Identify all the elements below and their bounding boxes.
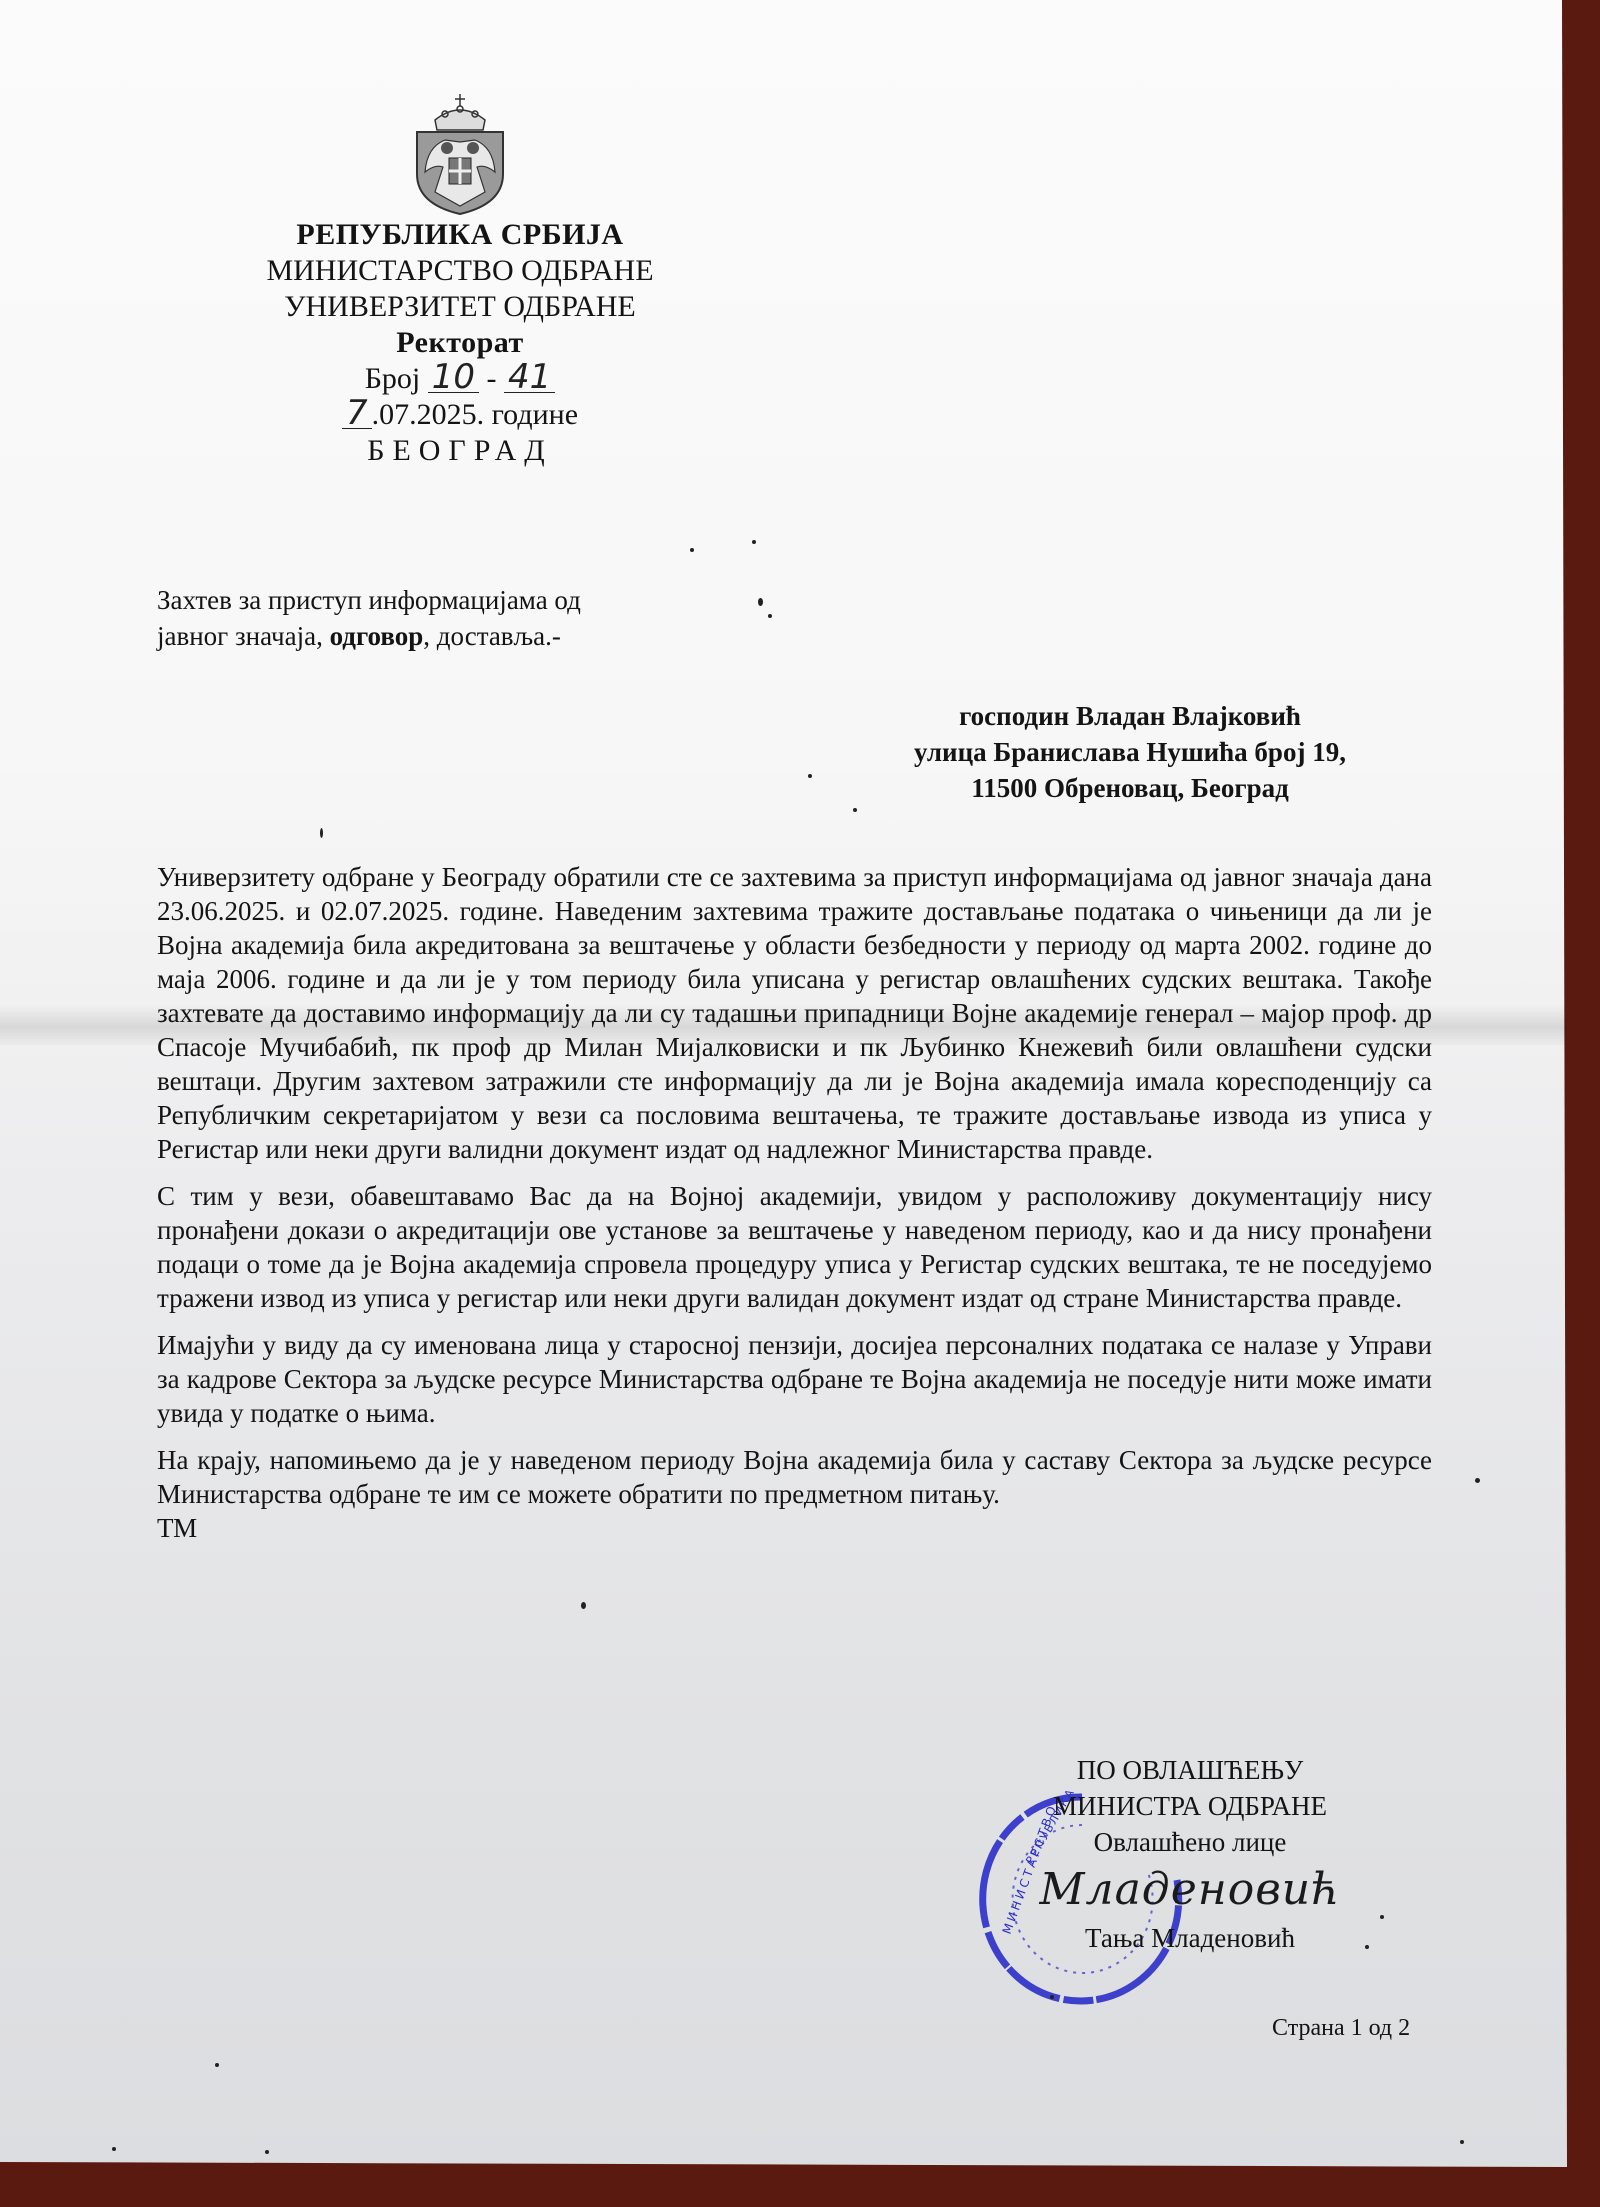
body-paragraph: Имајући у виду да су именована лица у ст… xyxy=(157,1328,1432,1430)
toner-speck xyxy=(758,598,763,606)
signatory-name: Тања Младеновић xyxy=(990,1920,1390,1956)
document-number: Број 10 - 41 xyxy=(240,361,680,397)
toner-speck xyxy=(1475,1478,1480,1483)
toner-speck xyxy=(752,540,756,544)
sign-minister: МИНИСТРА ОДБРАНЕ xyxy=(990,1788,1390,1824)
toner-speck xyxy=(112,2147,116,2151)
letter-body: Универзитету одбране у Београду обратили… xyxy=(157,860,1432,1545)
subject-bold: одговор xyxy=(330,621,424,651)
body-paragraph: На крају, напомињемо да је у наведеном п… xyxy=(157,1443,1432,1511)
subject-line2: јавног значаја, одговор, доставља.- xyxy=(157,618,717,654)
subject-post: , доставља.- xyxy=(423,621,561,651)
header-republic: РЕПУБЛИКА СРБИЈА xyxy=(240,217,680,253)
letterhead: РЕПУБЛИКА СРБИЈА МИНИСТАРСТВО ОДБРАНЕ УН… xyxy=(240,92,680,469)
date-rest: .07.2025. године xyxy=(372,398,578,431)
body-paragraph: С тим у вези, обавештавамо Вас да на Вој… xyxy=(157,1179,1432,1315)
toner-speck xyxy=(808,774,812,778)
page-number: Страна 1 од 2 xyxy=(1272,2015,1410,2042)
signature-block: ПО ОВЛАШЋЕЊУ МИНИСТРА ОДБРАНЕ Овлашћено … xyxy=(990,1752,1390,1956)
subject-line1: Захтев за приступ информацијама од xyxy=(157,582,717,618)
toner-speck xyxy=(320,828,323,838)
header-city: БЕОГРАД xyxy=(240,433,680,469)
number-part2: 41 xyxy=(504,362,555,393)
toner-speck xyxy=(581,1602,586,1609)
toner-speck xyxy=(265,2150,269,2154)
toner-speck xyxy=(853,808,857,812)
number-label: Број xyxy=(365,362,421,395)
date-day: 7 xyxy=(342,398,372,429)
number-separator: - xyxy=(487,362,497,395)
header-rectorate: Ректорат xyxy=(240,325,680,361)
toner-speck xyxy=(768,614,772,618)
recipient-name: господин Владан Влајковић xyxy=(840,698,1420,734)
toner-speck xyxy=(1460,2140,1464,2144)
number-part1: 10 xyxy=(428,362,479,393)
toner-speck xyxy=(215,2063,219,2067)
recipient-address: господин Владан Влајковић улица Бранисла… xyxy=(840,698,1420,806)
recipient-street: улица Бранислава Нушића број 19, xyxy=(840,734,1420,770)
recipient-city: 11500 Обреновац, Београд xyxy=(840,770,1420,806)
letter-subject: Захтев за приступ информацијама од јавно… xyxy=(157,582,717,654)
sign-authorization: ПО ОВЛАШЋЕЊУ xyxy=(990,1752,1390,1788)
toner-speck xyxy=(1380,1915,1384,1919)
body-paragraph: Универзитету одбране у Београду обратили… xyxy=(157,860,1432,1166)
subject-pre: јавног значаја, xyxy=(157,621,330,651)
typist-initials: ТМ xyxy=(157,1511,1432,1545)
toner-speck xyxy=(690,548,694,552)
serbian-coat-of-arms-icon xyxy=(405,92,515,217)
toner-speck xyxy=(1365,1945,1369,1949)
header-ministry: МИНИСТАРСТВО ОДБРАНЕ xyxy=(240,253,680,289)
header-university: УНИВЕРЗИТЕТ ОДБРАНЕ xyxy=(240,289,680,325)
sign-authorized-person: Овлашћено лице xyxy=(990,1824,1390,1860)
handwritten-signature: Младеновић xyxy=(990,1860,1390,1920)
toner-speck xyxy=(1050,1995,1054,1999)
document-date: 7.07.2025. године xyxy=(240,397,680,433)
